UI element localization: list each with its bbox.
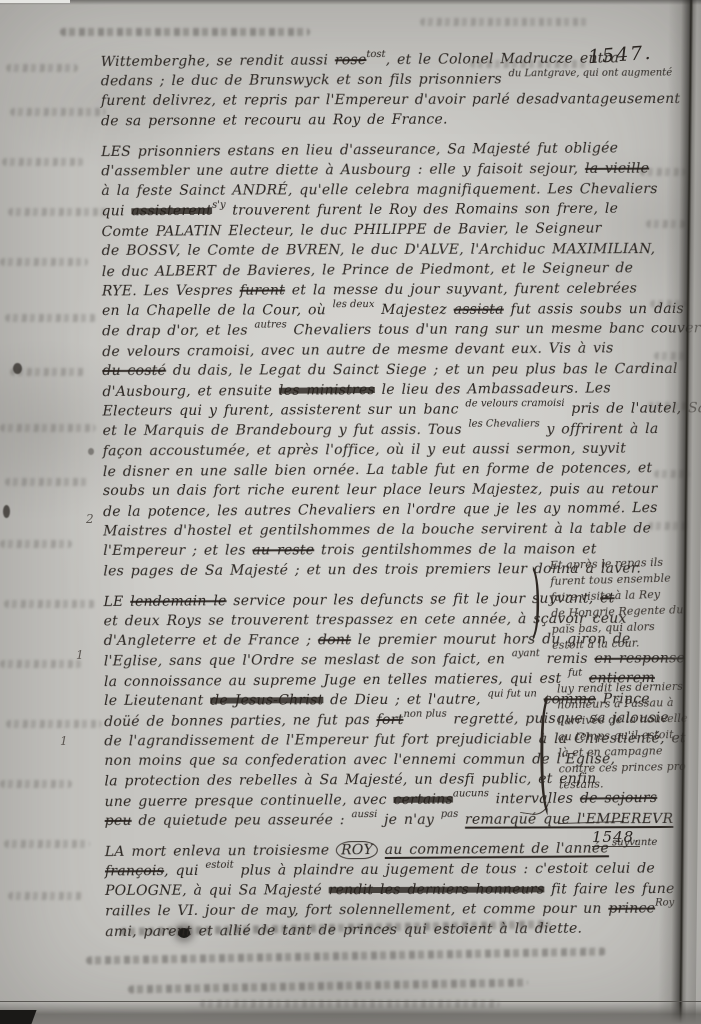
text-sup: pas [441, 809, 459, 820]
text-strike: furent [240, 282, 285, 298]
text-run: , qui [164, 863, 205, 879]
text-xx: assisterent [131, 203, 212, 219]
text-sup: estoit [205, 860, 233, 871]
text-run: pris de l'autel, Sa. [565, 400, 701, 417]
scan-edge-top [0, 0, 701, 5]
text-run: du dais, le Legat du Sainct Siege ; et u… [166, 361, 678, 379]
text-run: fut assis soubs un dais [504, 301, 684, 318]
ghost-line [0, 660, 82, 668]
text-run: service pour les defuncts se fit le jour… [227, 590, 601, 609]
text-run: de drap d'or, et les [102, 323, 255, 340]
text-run: de sa personne et recouru au Roy de Fran… [101, 112, 448, 130]
text-strike: fort [376, 712, 403, 728]
scan-edge-sliver [0, 0, 70, 3]
margin-note-line: luy rendit les derniers [557, 679, 697, 698]
manuscript-line: d'assembler une autre diette à Ausbourg … [101, 159, 653, 182]
text-strike: peu [105, 813, 132, 829]
text-sup: les Chevaliers [468, 418, 539, 429]
text-run: et la messe du jour suyvant, furent cele… [285, 281, 637, 299]
text-run: Electeurs qui y furent, assisterent sur … [102, 402, 465, 420]
ghost-line [5, 478, 89, 486]
paragraph: LES prisonniers estans en lieu d'asseura… [101, 139, 655, 582]
text-run: le Lieutenant [104, 693, 210, 709]
text-run: ami, parent et allié de tant de princes … [105, 921, 582, 940]
text-run: je n'ay [377, 812, 440, 828]
manuscript-line: peu de quietude peu asseurée : aussi je … [105, 809, 657, 831]
text-run: RYE. Les Vespres [102, 283, 240, 300]
text-run: LES prisonniers estans en lieu d'asseura… [101, 140, 618, 160]
manuscript-line: LA mort enleva un troisiesme ROY au comm… [105, 838, 657, 862]
text-run: de quietude peu asseurée : [132, 812, 352, 829]
manuscript-line: de sa personne et recouru au Roy de Fran… [101, 109, 653, 132]
text-sup: de velours cramoisi [465, 398, 564, 410]
text-run: doüé de bonnes parties, ne fut pas [104, 712, 377, 730]
margin-note-visit-queen-hungary: Et après le repas ilsfurent tous ensembl… [550, 554, 693, 654]
text-run: Wittemberghe, se rendit aussi [101, 52, 335, 70]
ghost-line [654, 470, 690, 478]
ghost-line [6, 64, 78, 72]
text-strike: assista [454, 302, 504, 318]
text-strike: du costé [102, 363, 166, 379]
text-run: la protection des rebelles à Sa Majesté,… [104, 771, 596, 790]
text-run: Chevaliers tous d'un rang sur un mesme b… [287, 320, 701, 338]
text-sup: du Lantgrave, qui ont augmenté [508, 67, 672, 79]
book-page-edge-right [658, 0, 701, 1024]
ghost-line [420, 18, 590, 26]
text-run: le disner en une salle bien ornée. La ta… [103, 460, 653, 480]
text-xx: certains [393, 791, 453, 807]
text-run: Majestez [374, 302, 453, 318]
text-run: de BOSSV, le Comte de BVREN, le duc D'AL… [102, 241, 656, 259]
text-run: POLOGNE, à qui Sa Majesté [105, 882, 329, 899]
text-run: railles le VI. jour de may, fort solenne… [105, 901, 608, 920]
text-run: d'Ausbourg, et ensuite [102, 383, 279, 400]
text-run: le duc ALBERT de Bavieres, le Prince de … [102, 260, 633, 280]
text-run: soubs un dais fort riche eurent leur pla… [103, 481, 658, 499]
text-sup: ayant [512, 648, 540, 659]
manuscript-page: 1547. 1548. Wittemberghe, se rendit auss… [0, 0, 701, 1024]
text-run: de Dieu ; et l'autre, [323, 692, 487, 709]
manuscript-text-block: Wittemberghe, se rendit aussi rosetost, … [101, 49, 658, 952]
text-run: et deux Roys se trouverent trespassez en… [104, 611, 627, 630]
text-strike: prince [608, 901, 655, 917]
manuscript-line: RYE. Les Vespres furent et la messe du j… [102, 279, 654, 302]
text-run: d'Angleterre et de France ; [104, 632, 318, 649]
manuscript-line: furent delivrez, et repris par l'Empereu… [101, 89, 653, 111]
ghost-line [10, 108, 106, 116]
text-sup: tost [366, 49, 385, 60]
text-run: l'Eglise, sans que l'Ordre se meslast de… [104, 651, 512, 669]
manuscript-line: Electeurs qui y furent, assisterent sur … [102, 399, 654, 422]
text-run: trouverent furent le Roy des Romains son… [226, 201, 619, 219]
text-sup: qui fut un [487, 688, 536, 699]
text-run: à la feste Sainct ANDRÉ, qu'elle celebra… [101, 181, 657, 199]
text-run: non moins que sa confederation avec l'en… [104, 751, 615, 769]
text-run: furent delivrez, et repris par l'Empereu… [101, 91, 680, 109]
text-strike: françois [105, 863, 164, 879]
text-run: fit faire les fune [544, 881, 674, 897]
margin-mark: 1 [76, 648, 84, 662]
text-run: de la potence, les autres Chevaliers en … [103, 500, 658, 520]
text-sup: Roy [655, 897, 674, 908]
text-run: Maistres d'hostel et gentilshommes de la… [103, 521, 651, 540]
manuscript-line: d'Ausbourg, et ensuite les ministres le … [102, 378, 654, 402]
text-sup: non plus [403, 709, 446, 720]
text-sup: s'y [212, 200, 226, 211]
text-strike: la vieille [585, 161, 649, 177]
text-xx: les ministres [279, 382, 375, 399]
ghost-line [4, 840, 90, 848]
text-sup: les deux [333, 299, 375, 310]
ghost-line [4, 600, 96, 608]
ghost-line [654, 352, 686, 360]
text-sup: suyvante [609, 837, 657, 848]
ghost-line [0, 424, 96, 432]
ghost-line [8, 892, 84, 900]
manuscript-line: dedans ; le duc de Brunswyck et son fils… [101, 69, 653, 92]
manuscript-line: ami, parent et allié de tant de princes … [105, 918, 657, 942]
paragraph: LA mort enleva un troisiesme ROY au comm… [105, 839, 658, 942]
manuscript-line: en la Chapelle de la Cour, où les deux M… [102, 299, 654, 321]
text-sup: autres [254, 319, 286, 330]
margin-note-line: contre ces princes pro [559, 759, 699, 778]
text-circle: ROY [336, 841, 378, 859]
text-xx: de Jesus-Christ [210, 692, 323, 708]
text-run: LA mort enleva un troisiesme [105, 842, 336, 860]
ghost-line [0, 540, 72, 548]
text-strike: lendemain le [130, 593, 226, 610]
manuscript-line: françois, qui estoit plus à plaindre au … [105, 859, 657, 882]
text-run: l'Empereur ; et les [103, 542, 252, 559]
manuscript-line: POLOGNE, à qui Sa Majesté rendit les der… [105, 879, 657, 901]
margin-mark: 2 [86, 512, 94, 526]
ghost-line [128, 979, 528, 994]
text-strike: rose [335, 52, 367, 68]
ink-smudge [3, 505, 10, 518]
text-run: façon accoustumée, et après l'office, où… [103, 441, 626, 460]
text-run: y offrirent à la [540, 421, 659, 437]
text-sup: fut [568, 668, 582, 679]
text-run: , et le Colonel Madrucze entra [386, 50, 620, 68]
margin-note-line: l'arrivée de la nouvelle [558, 711, 698, 730]
ink-smudge [13, 363, 22, 374]
text-run: la connoissance au supreme Juge en telle… [104, 671, 568, 690]
text-ul: au commencement de l'année [385, 840, 609, 858]
margin-mark: 1 [60, 734, 68, 748]
scan-corner-shadow [0, 1010, 37, 1024]
margin-note-last-honours: luy rendit les derniershonneurs à Passau… [557, 679, 699, 794]
text-run: trois gentilshommes de la maison et [314, 541, 596, 558]
text-run: LE [103, 594, 130, 610]
ghost-line [60, 28, 310, 36]
text-sup: aucuns [453, 788, 489, 799]
text-run: dedans ; le duc de Brunswyck et son fils… [101, 71, 509, 89]
manuscript-line: à la feste Sainct ANDRÉ, qu'elle celebra… [101, 179, 653, 201]
text-run: le lieu des Ambassadeurs. Les [375, 380, 611, 398]
text-strike: dont [318, 632, 351, 648]
text-run: plus à plaindre au jugement de tous : c'… [234, 861, 655, 879]
ghost-line [0, 780, 72, 788]
manuscript-line: de la potence, les autres Chevaliers en … [103, 498, 655, 522]
text-sup: aussi [351, 809, 377, 820]
text-strike: en response [594, 650, 685, 666]
text-run: de velours cramoisi, avec un autre de me… [102, 340, 613, 360]
ghost-line [0, 258, 88, 266]
ghost-line [8, 208, 110, 216]
text-run: et le Marquis de Brandebourg y fut assis… [103, 422, 469, 439]
ghost-line [2, 158, 84, 166]
text-ul: remarqué que l'EMPEREVR [465, 811, 673, 828]
ghost-line [5, 314, 97, 322]
text-run: d'assembler une autre diette à Ausbourg … [101, 161, 585, 180]
paragraph: Wittemberghe, se rendit aussi rosetost, … [101, 49, 653, 132]
text-run: une guerre presque continuelle, avec [105, 792, 394, 810]
ink-smudge [88, 448, 94, 455]
manuscript-line: le duc ALBERT de Bavieres, le Prince de … [102, 258, 654, 282]
ghost-line [200, 1000, 500, 1008]
manuscript-line: et le Marquis de Brandebourg y fut assis… [103, 419, 655, 441]
text-xx: rendit les derniers honneurs [329, 881, 545, 898]
margin-note-line: testans. [559, 775, 699, 794]
manuscript-line: LES prisonniers estans en lieu d'asseura… [101, 138, 653, 162]
text-run: qui [101, 203, 131, 219]
text-strike: au reste [252, 542, 314, 558]
manuscript-line: Maistres d'hostel et gentilshommes de la… [103, 519, 655, 542]
text-run: en la Chapelle de la Cour, où [102, 302, 333, 319]
ghost-line [6, 720, 102, 728]
text-run: Comte PALATIN Electeur, le duc PHILIPPE … [102, 220, 602, 240]
